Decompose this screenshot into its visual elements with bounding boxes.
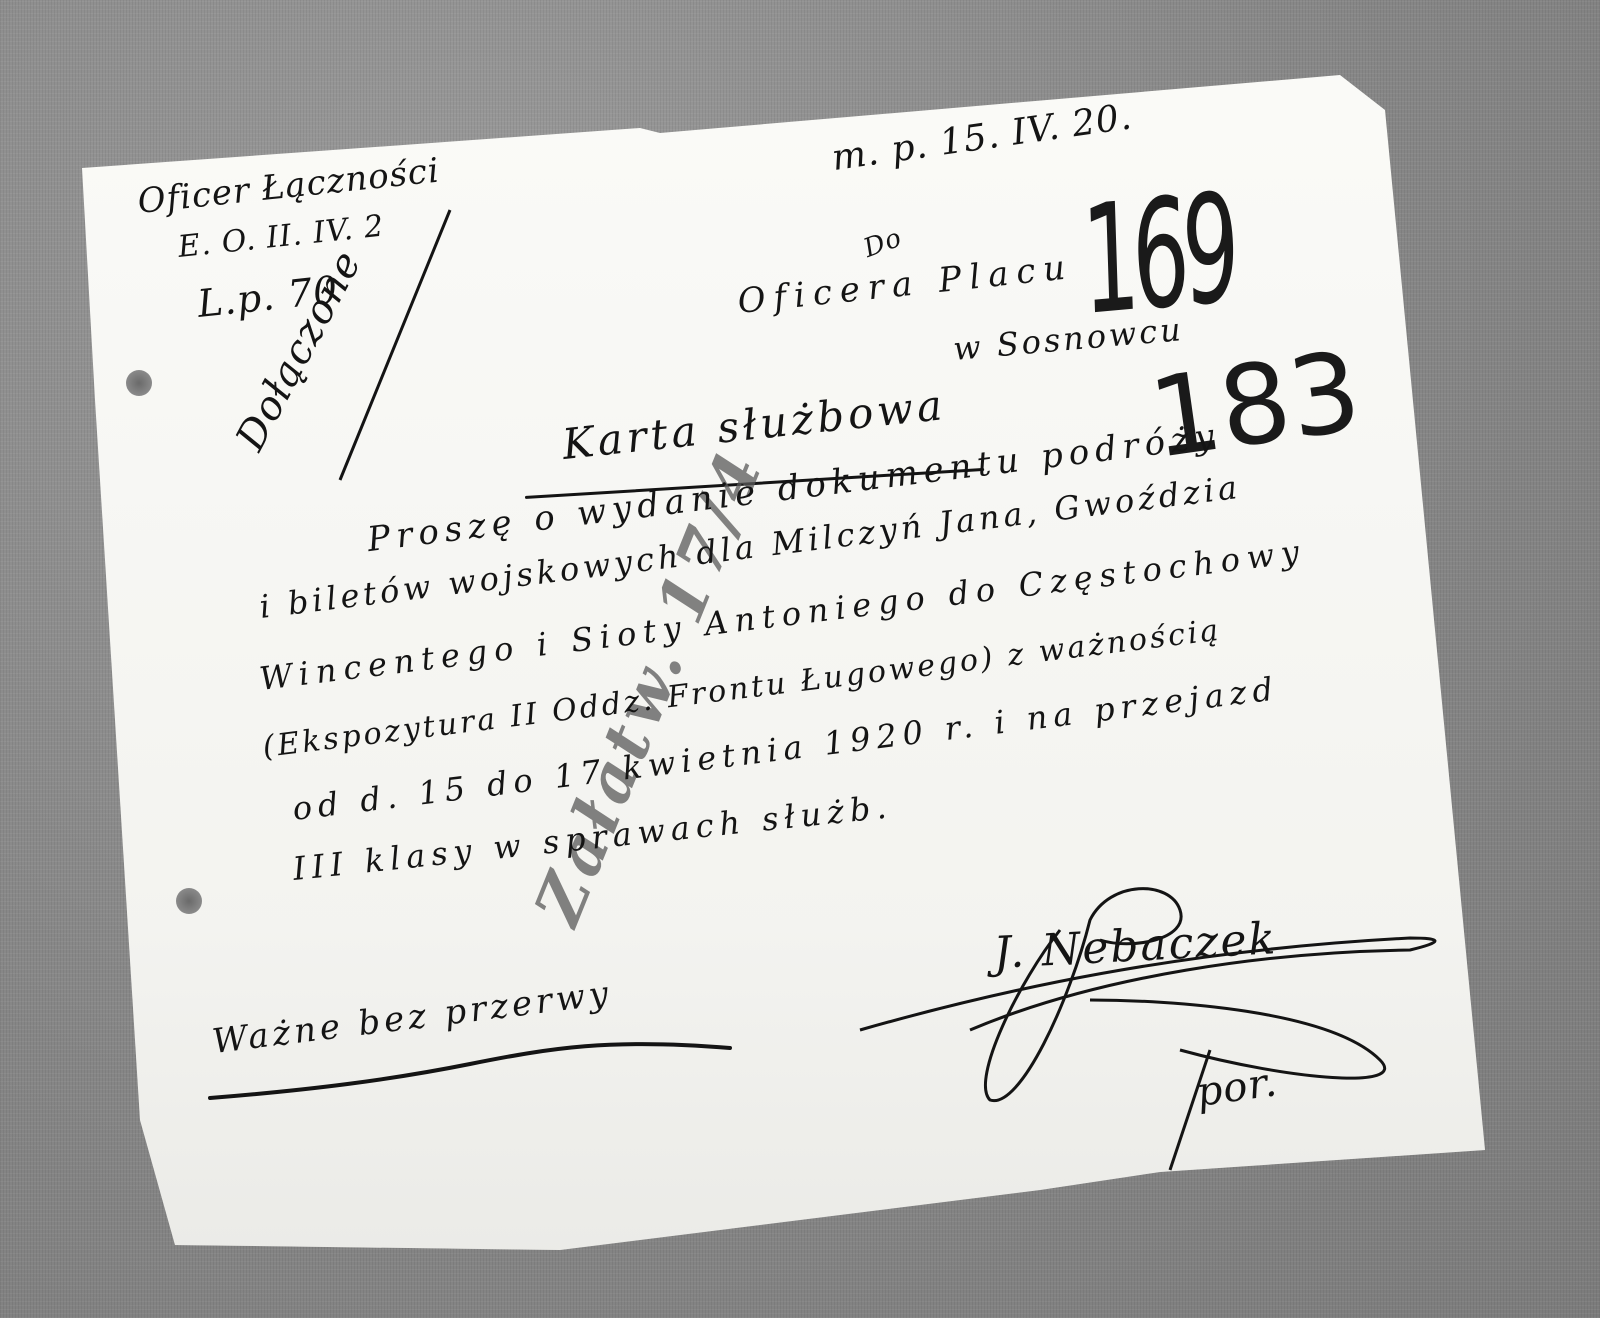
rank-descender (1150, 1040, 1270, 1180)
punch-hole-top (126, 370, 152, 396)
validity-underline (190, 1030, 750, 1110)
punch-hole-bottom (176, 888, 202, 914)
stamp-number-169: 169 (1080, 162, 1235, 349)
corner-bracket-stroke (300, 200, 460, 500)
